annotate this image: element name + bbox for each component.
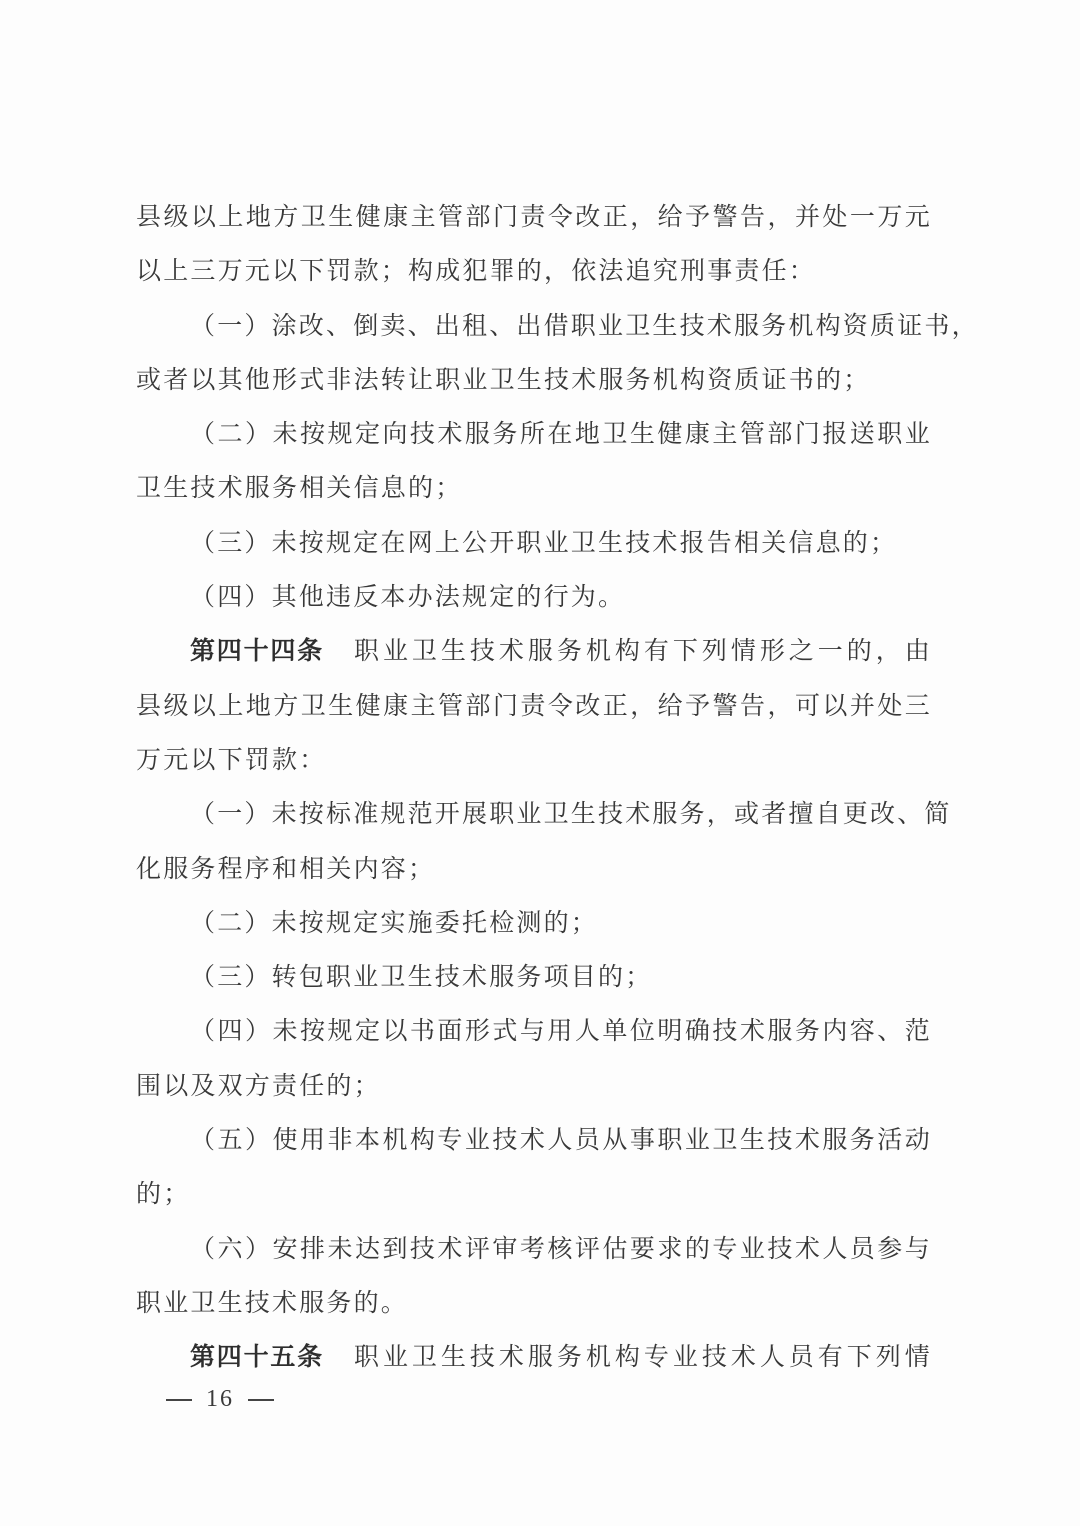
list-item: （三）未按规定在网上公开职业卫生技术报告相关信息的； — [136, 516, 932, 570]
dash-right — [248, 1399, 274, 1401]
list-item-continuation: 化服务程序和相关内容； — [136, 842, 932, 896]
page-number: 16 — [152, 1386, 288, 1413]
article-44-heading-line: 第四十四条职业卫生技术服务机构有下列情形之一的，由 — [136, 624, 932, 678]
list-item: （五）使用非本机构专业技术人员从事职业卫生技术服务活动 — [136, 1113, 932, 1167]
text-line: 万元以下罚款： — [136, 733, 932, 787]
page-number-value: 16 — [206, 1386, 234, 1413]
list-item-continuation: 卫生技术服务相关信息的； — [136, 461, 932, 515]
list-item: （三）转包职业卫生技术服务项目的； — [136, 950, 932, 1004]
list-item: （二）未按规定实施委托检测的； — [136, 896, 932, 950]
article-number: 第四十五条 — [190, 1342, 324, 1371]
list-item: （一）涂改、倒卖、出租、出借职业卫生技术服务机构资质证书， — [136, 299, 932, 353]
list-item-continuation: 围以及双方责任的； — [136, 1059, 932, 1113]
article-45-heading-line: 第四十五条职业卫生技术服务机构专业技术人员有下列情 — [136, 1330, 932, 1384]
list-item-continuation: 的； — [136, 1167, 932, 1221]
list-item: （四）未按规定以书面形式与用人单位明确技术服务内容、范 — [136, 1004, 932, 1058]
text-line: 县级以上地方卫生健康主管部门责令改正，给予警告，可以并处三 — [136, 679, 932, 733]
list-item-continuation: 职业卫生技术服务的。 — [136, 1276, 932, 1330]
list-item: （四）其他违反本办法规定的行为。 — [136, 570, 932, 624]
list-item: （六）安排未达到技术评审考核评估要求的专业技术人员参与 — [136, 1222, 932, 1276]
document-page: 县级以上地方卫生健康主管部门责令改正，给予警告，并处一万元 以上三万元以下罚款；… — [0, 0, 1080, 1526]
article-number: 第四十四条 — [190, 636, 324, 665]
document-body: 县级以上地方卫生健康主管部门责令改正，给予警告，并处一万元 以上三万元以下罚款；… — [136, 190, 932, 1385]
article-text: 职业卫生技术服务机构专业技术人员有下列情 — [354, 1342, 932, 1371]
list-item: （二）未按规定向技术服务所在地卫生健康主管部门报送职业 — [136, 407, 932, 461]
text-line: 县级以上地方卫生健康主管部门责令改正，给予警告，并处一万元 — [136, 190, 932, 244]
list-item: （一）未按标准规范开展职业卫生技术服务，或者擅自更改、简 — [136, 787, 932, 841]
dash-left — [166, 1399, 192, 1401]
list-item-continuation: 或者以其他形式非法转让职业卫生技术服务机构资质证书的； — [136, 353, 932, 407]
article-text: 职业卫生技术服务机构有下列情形之一的，由 — [354, 636, 932, 665]
text-line: 以上三万元以下罚款；构成犯罪的，依法追究刑事责任： — [136, 244, 932, 298]
